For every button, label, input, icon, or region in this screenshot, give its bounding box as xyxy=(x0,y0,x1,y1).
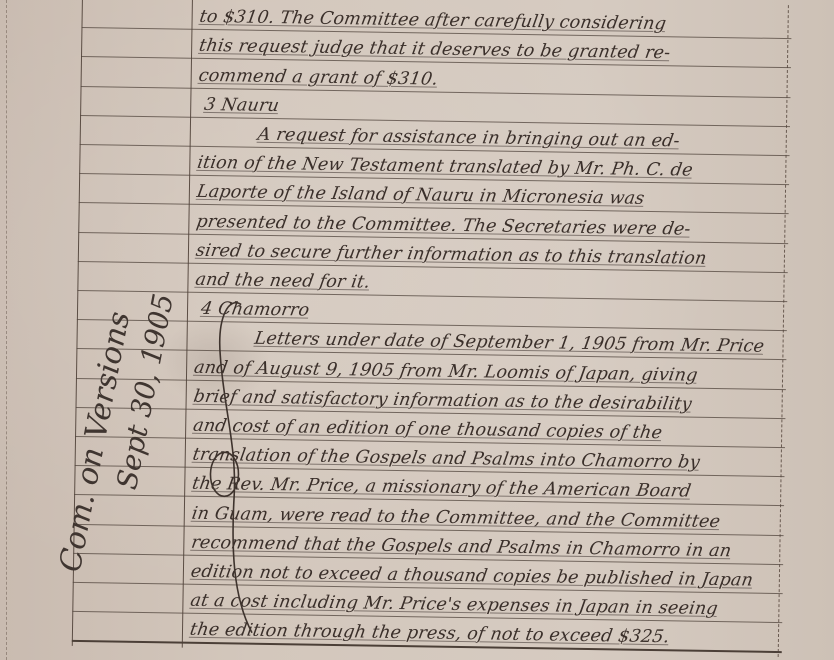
ledger-grid: to $310. The Committee after carefully c… xyxy=(72,0,792,657)
bracket-mark xyxy=(188,296,273,637)
ledger-page: to $310. The Committee after carefully c… xyxy=(0,0,834,660)
outer-margin-rule xyxy=(6,0,8,660)
section-heading: 3 Nauru xyxy=(203,95,281,116)
handwritten-line: and the need for it. xyxy=(194,270,372,293)
handwritten-line: commend a grant of $310. xyxy=(197,65,439,89)
ruled-lines: to $310. The Committee after carefully c… xyxy=(72,0,792,657)
